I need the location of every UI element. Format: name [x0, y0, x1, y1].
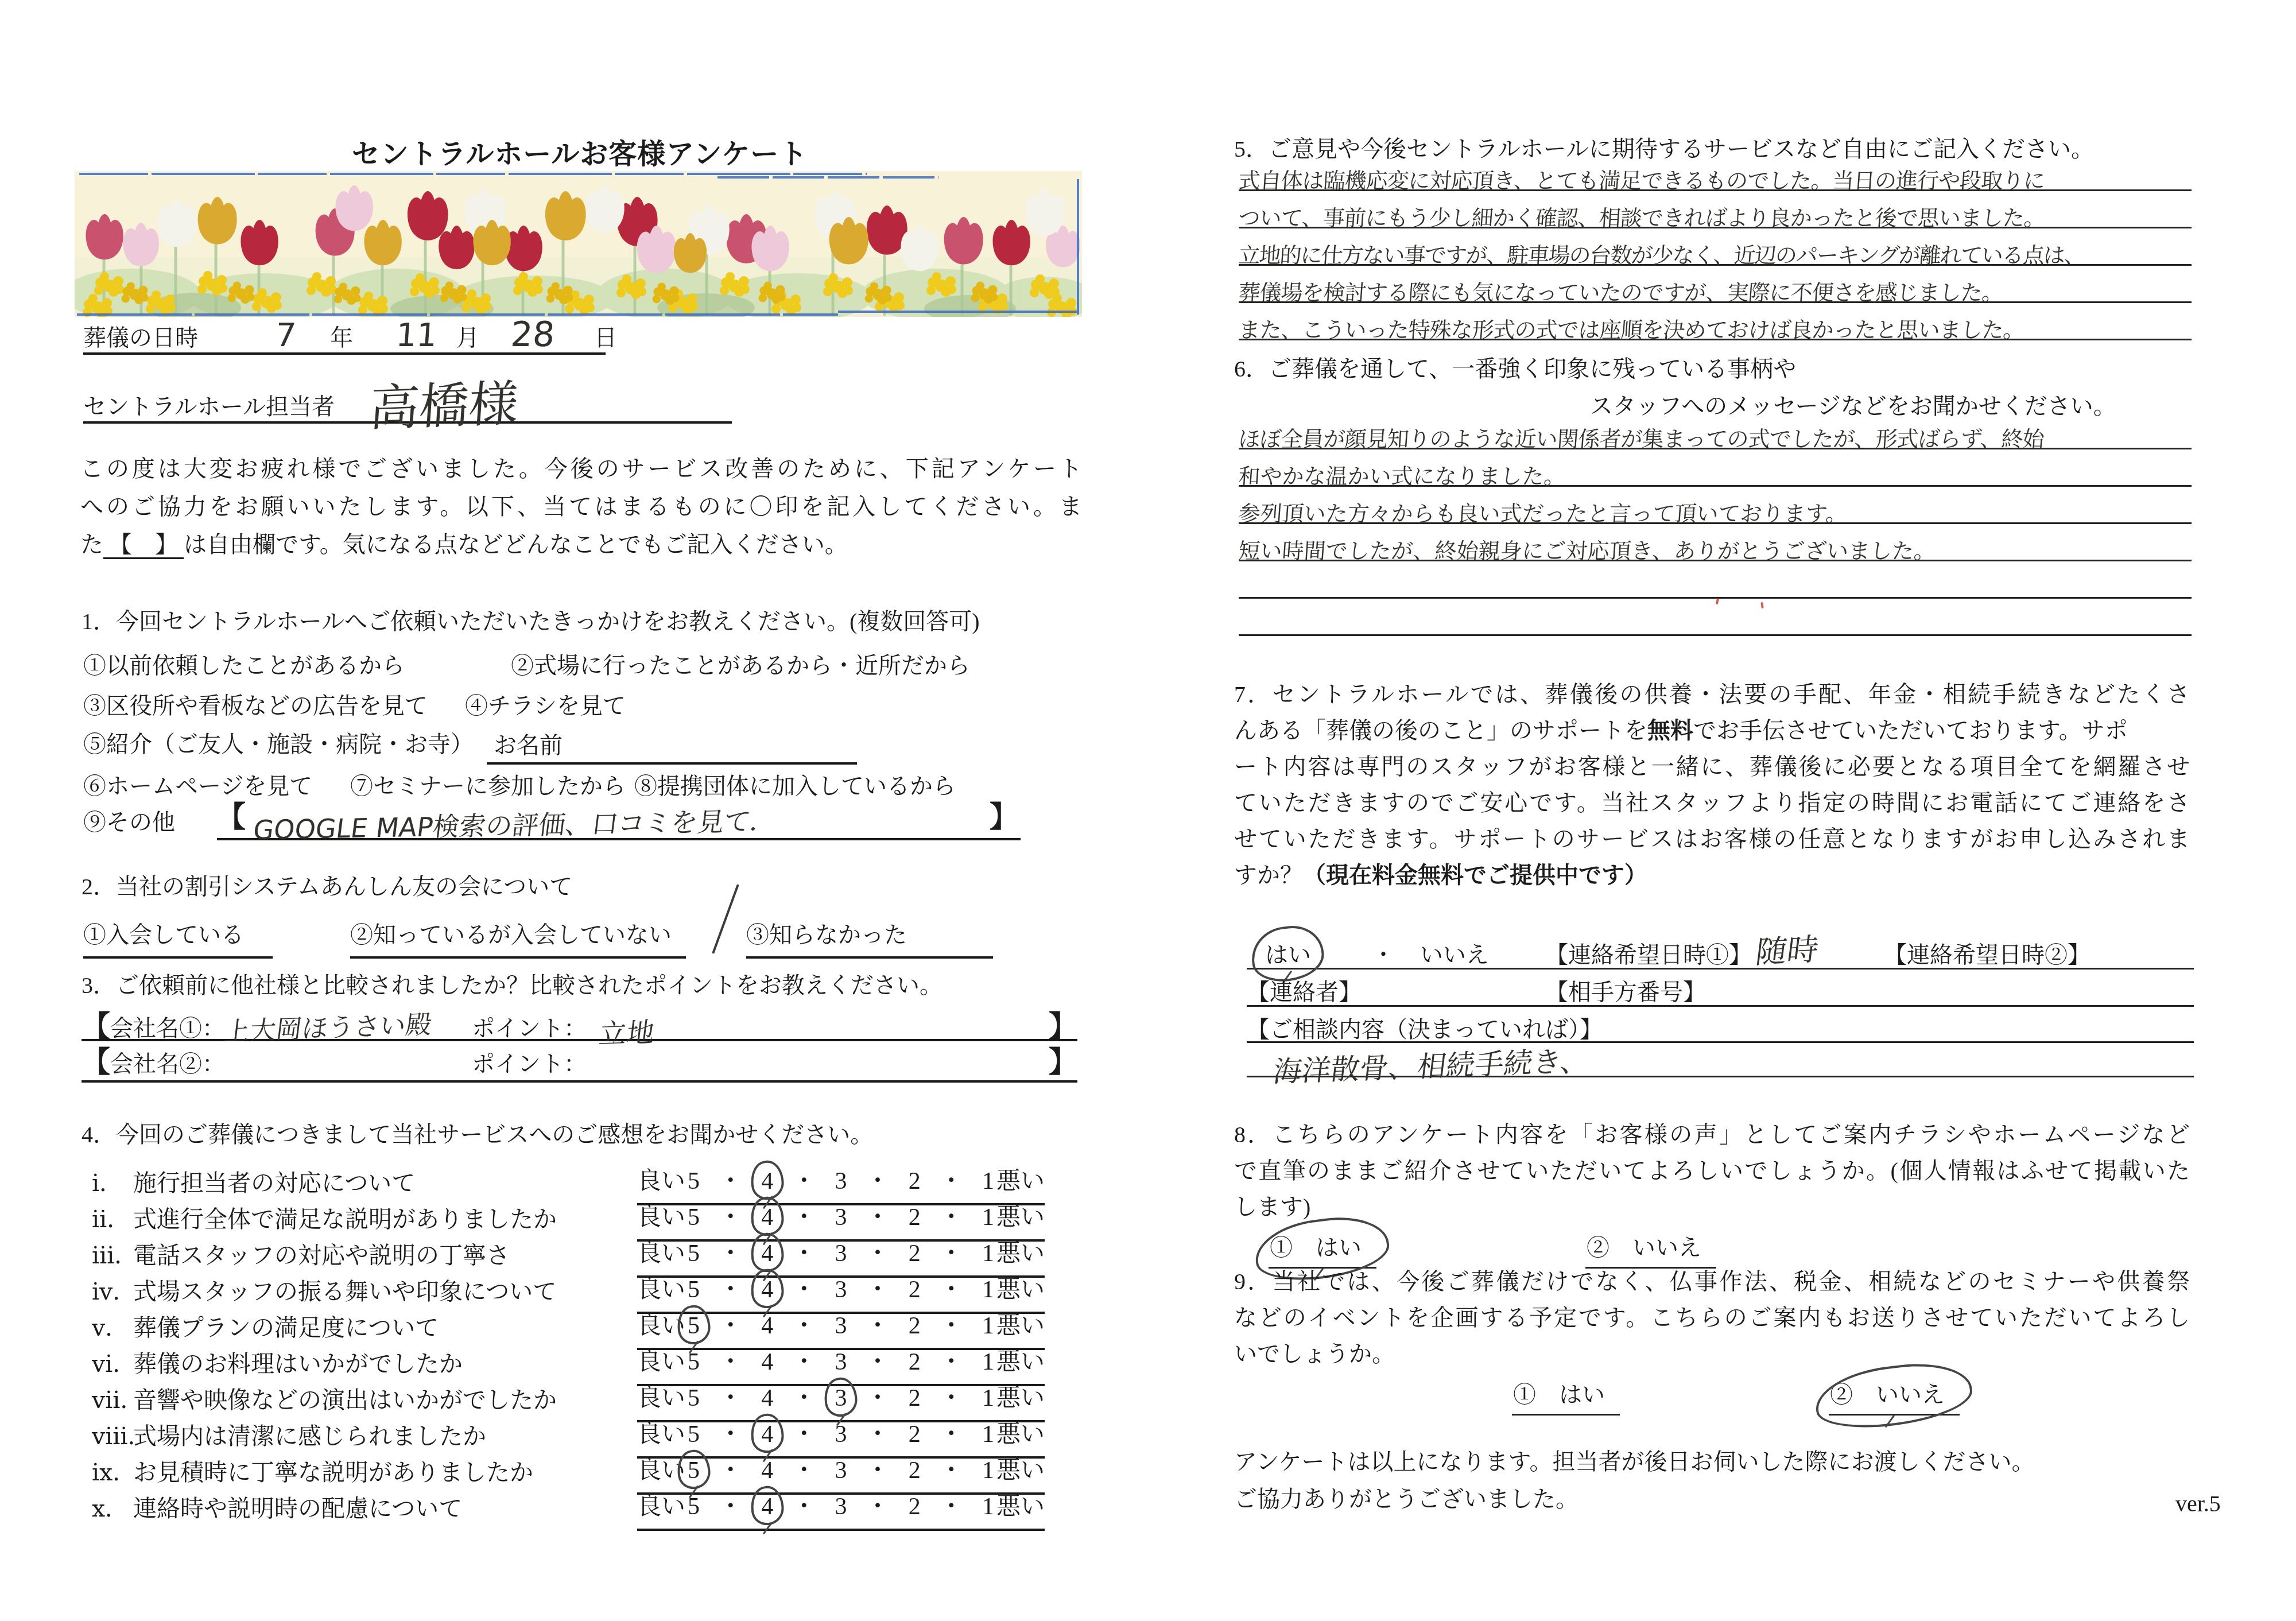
staff-name-value: 高橋様: [367, 364, 521, 440]
rating-4[interactable]: 4: [759, 1385, 775, 1412]
q5-answer-3: 立地的に仕方ない事ですが、駐車場の台数が少なく、近辺のパーキングが離れている点は…: [1238, 238, 2086, 269]
q4-row-7: ⅶ．音響や映像などの演出はいかがでしたか 良い5 ・ 4 ・ 3 ・ 2 ・ 1…: [92, 1381, 1068, 1416]
scale-good-label: 良い: [637, 1234, 685, 1269]
q4-item-number: ⅴ．: [92, 1309, 133, 1343]
q1-option-5[interactable]: ⑤紹介（ご友人・施設・病院・お寺）: [83, 730, 474, 759]
dot-separator: ・: [792, 1379, 816, 1413]
scale-good-label: 良い: [637, 1270, 685, 1305]
q9-line-1: 9．当社では、今後ご葬儀だけでなく、仏事作法、税金、相続などのセミナーや供養祭: [1234, 1267, 2190, 1296]
survey-page-right: 5．ご意見や今後セントラルホールに期待するサービスなど自由にご記入ください。 式…: [1234, 0, 2274, 1621]
rating-4[interactable]: 4: [759, 1493, 775, 1521]
rating-2[interactable]: 2: [906, 1385, 923, 1412]
dot-separator: ・: [719, 1270, 743, 1305]
dot-separator: ・: [792, 1487, 816, 1522]
rating-5[interactable]: 5: [685, 1240, 702, 1267]
bracket-open: 【: [82, 1012, 110, 1041]
q4-item-label: 音響や映像などの演出はいかがでしたか: [133, 1387, 557, 1413]
q4-row-8: ⅷ．式場内は清潔に感じられましたか 良い5 ・ 4 ・ 3 ・ 2 ・ 1悪い: [92, 1417, 1068, 1452]
q1-heading: 1．今回セントラルホールへご依頼いただいたきっかけをお教えください。(複数回答可…: [82, 607, 980, 636]
page-title: セントラルホールお客様アンケート: [75, 132, 1085, 172]
q9-line-2: などのイベントを企画する予定です。こちらのご案内もお送りさせていただいてよろし: [1234, 1304, 2190, 1332]
q7-contact-datetime1-label: 【連絡希望日時①】: [1545, 937, 1752, 970]
q5-answer-1: 式自体は臨機応変に対応頂き、とても満足できるものでした。当日の進行や段取りに: [1238, 163, 2046, 195]
rating-5[interactable]: 5: [685, 1204, 702, 1231]
rating-1[interactable]: 1: [980, 1204, 996, 1231]
dot-separator: ・: [719, 1234, 743, 1269]
q7-contact-row[interactable]: 【連絡者】 【相手方番号】: [1247, 972, 2194, 1007]
scale-good-label: 良い: [637, 1198, 685, 1232]
scale-bad-label: 悪い: [996, 1487, 1045, 1522]
bracket-close: 】: [1049, 1048, 1077, 1076]
funeral-date-label: 葬儀の日時: [83, 324, 198, 352]
q7-contact-datetime1-value: 随時: [1754, 925, 1821, 972]
dot-separator: ・: [939, 1379, 963, 1413]
q4-item-number: ⅲ．: [92, 1236, 133, 1270]
q4-item-label: 連絡時や説明時の配慮について: [133, 1495, 462, 1522]
staff-name-row[interactable]: セントラルホール担当者 高橋様: [83, 390, 732, 424]
rating-2[interactable]: 2: [906, 1276, 923, 1304]
q4-rating-scale-10: 良い5 ・ 4 ・ 3 ・ 2 ・ 1悪い: [637, 1487, 1045, 1531]
dot-separator: ・: [939, 1487, 963, 1522]
dot-separator: ・: [866, 1451, 890, 1486]
rating-3[interactable]: 3: [832, 1204, 849, 1231]
rating-1[interactable]: 1: [980, 1348, 996, 1376]
q5-answer-4: 葬儀場を検討する際にも気になっていたのですが、実際に不便さを感じました。: [1238, 275, 2004, 307]
dot-separator: ・: [866, 1379, 890, 1413]
q8-option-no[interactable]: ② いいえ: [1585, 1230, 1716, 1269]
dot-separator: ・: [719, 1343, 743, 1377]
bracket-close: 】: [1049, 1012, 1077, 1041]
q1-option-7[interactable]: ⑦セミナーに参加したから: [350, 772, 626, 801]
q7-consult-input[interactable]: 海洋散骨、相続手続き、: [1247, 1044, 2194, 1077]
rating-5[interactable]: 5: [685, 1348, 702, 1376]
q4-item-label: 式場スタッフの振る舞いや印象について: [133, 1278, 556, 1305]
survey-page-left: セントラルホールお客様アンケート: [75, 0, 1085, 1621]
dot-separator: ・: [719, 1198, 743, 1232]
rating-5[interactable]: 5: [685, 1385, 702, 1412]
dot-separator: ・: [939, 1306, 963, 1341]
q4-item-label: 葬儀のお料理はいかがでしたか: [133, 1351, 463, 1377]
q7-contact-datetime2-label: 【連絡希望日時②】: [1884, 937, 2091, 970]
q2-option-3[interactable]: ③知らなかった: [746, 917, 993, 959]
q1-option-8[interactable]: ⑧提携団体に加入しているから: [634, 772, 956, 801]
dot-separator: ・: [939, 1234, 963, 1269]
dot-separator: ・: [792, 1270, 816, 1305]
staff-label: セントラルホール担当者: [83, 393, 335, 421]
rating-3[interactable]: 3: [832, 1457, 849, 1484]
rating-2[interactable]: 2: [906, 1312, 923, 1340]
rating-5[interactable]: 5: [685, 1421, 702, 1448]
dot-separator: ・: [792, 1306, 816, 1341]
scale-good-label: 良い: [637, 1343, 685, 1377]
bracket-open: 【: [82, 1048, 110, 1076]
scanned-survey-document: { "page_left": { "title": "セントラルホールお客様アン…: [0, 0, 2296, 1621]
q4-item-number: ⅰ．: [92, 1164, 133, 1198]
q2-heading: 2．当社の割引システムあんしん友の会について: [82, 872, 572, 901]
rating-3[interactable]: 3: [832, 1312, 849, 1340]
bracket-close: 】: [990, 802, 1018, 831]
q7-consult-label-row: 【ご相談内容（決まっていれば）】: [1247, 1009, 2194, 1043]
version-label: ver.5: [2175, 1490, 2221, 1518]
q1-option-1[interactable]: ①以前依頼したことがあるから: [83, 651, 405, 680]
q6-empty-line-2[interactable]: [1239, 601, 2192, 636]
rating-4[interactable]: 4: [759, 1204, 775, 1231]
rating-5[interactable]: 5: [685, 1493, 702, 1521]
scale-bad-label: 悪い: [996, 1379, 1045, 1413]
intro-line-3c: は自由欄です。気になる点などどんなことでもご記入ください。: [184, 532, 848, 557]
q1-option-3[interactable]: ③区役所や看板などの広告を見て: [83, 692, 428, 720]
rating-3[interactable]: 3: [832, 1421, 849, 1448]
scale-good-label: 良い: [637, 1162, 685, 1196]
rating-4[interactable]: 4: [759, 1421, 775, 1448]
q3-point1-label: ポイント：: [472, 1010, 587, 1043]
q1-option-9[interactable]: ⑨その他: [83, 808, 175, 837]
dot-separator: ・: [719, 1487, 743, 1522]
q4-item-label: 式進行全体で満足な説明がありましたか: [133, 1206, 557, 1232]
dot-separator: ・: [939, 1162, 963, 1196]
q4-item-label: 施行担当者の対応について: [133, 1170, 415, 1196]
q4-item-label: 式場内は清潔に感じられましたか: [133, 1423, 486, 1449]
q6-empty-line-1[interactable]: [1239, 564, 2192, 599]
rating-1[interactable]: 1: [980, 1493, 996, 1521]
q3-heading: 3．ご依頼前に他社様と比較されましたか？比較されたポイントをお教えください。: [82, 971, 943, 1000]
rating-4[interactable]: 4: [759, 1168, 775, 1195]
dot-separator: ・: [866, 1343, 890, 1377]
scale-good-label: 良い: [637, 1306, 685, 1341]
rating-3[interactable]: 3: [832, 1385, 849, 1412]
dot-separator: ・: [866, 1162, 890, 1196]
q3-point1-value: 立地: [583, 996, 1052, 1052]
dot-separator: ・: [939, 1270, 963, 1305]
q7-line-6a: すか？: [1234, 862, 1303, 888]
dot-separator: ・: [1372, 937, 1395, 970]
q7-line-6: すか？（現在料金無料でご提供中です）: [1234, 861, 1647, 890]
q4-item-label: 葬儀プランの満足度について: [133, 1314, 439, 1341]
q1-referrer-name-input[interactable]: お名前: [487, 730, 857, 765]
scale-bad-label: 悪い: [996, 1234, 1045, 1269]
rating-3[interactable]: 3: [832, 1493, 849, 1521]
q1-name-label: お名前: [494, 731, 563, 760]
dot-separator: ・: [866, 1270, 890, 1305]
q4-item-label: お見積時に丁寧な説明がありましたか: [133, 1459, 533, 1486]
bracket-open: 【: [217, 802, 246, 831]
q1-option-4[interactable]: ④チラシを見て: [465, 692, 626, 720]
rating-3[interactable]: 3: [832, 1348, 849, 1376]
q4-row-5: ⅴ．葬儀プランの満足度について 良い5 ・ 4 ・ 3 ・ 2 ・ 1悪い: [92, 1309, 1068, 1343]
q4-row-1: ⅰ．施行担当者の対応について 良い5 ・ 4 ・ 3 ・ 2 ・ 1悪い: [92, 1164, 1068, 1199]
intro-line-2: へのご協力をお願いいたします。以下、当てはまるものに〇印を記入してください。ま: [80, 492, 1082, 521]
q7-free-emphasis: 無料: [1647, 718, 1693, 743]
funeral-date-month-value: 11: [395, 317, 439, 354]
dot-separator: ・: [792, 1415, 816, 1449]
q4-item-number: ⅸ．: [92, 1453, 133, 1487]
q4-row-10: ⅹ．連絡時や説明時の配慮について 良い5 ・ 4 ・ 3 ・ 2 ・ 1悪い: [92, 1490, 1068, 1524]
q3-company2-label: 会社名②：: [110, 1046, 225, 1079]
q4-item-number: ⅶ．: [92, 1381, 133, 1415]
dot-separator: ・: [939, 1343, 963, 1377]
year-unit: 年: [330, 324, 353, 352]
q6-answer-line-2[interactable]: 和やかな温かい式になりました。: [1239, 452, 2192, 487]
rating-1[interactable]: 1: [980, 1312, 996, 1340]
q3-company-row-2[interactable]: 【 会社名②： ポイント： 】: [82, 1046, 1077, 1083]
rating-4[interactable]: 4: [759, 1457, 775, 1484]
q5-answer-line-2[interactable]: ついて、事前にもう少し細かく確認、相談できればより良かったと後で思いました。: [1239, 193, 2192, 228]
scale-bad-label: 悪い: [996, 1343, 1045, 1377]
rating-3[interactable]: 3: [832, 1168, 849, 1195]
closing-line-1: アンケートは以上になります。担当者が後日お伺いした際にお渡しください。: [1234, 1448, 2034, 1476]
dot-separator: ・: [719, 1451, 743, 1486]
rating-2[interactable]: 2: [906, 1421, 923, 1448]
dot-separator: ・: [719, 1415, 743, 1449]
rating-1[interactable]: 1: [980, 1240, 996, 1267]
q7-line-2c: でお手伝させていただいております。サポ: [1693, 718, 2128, 743]
q8-line-1: 8．こちらのアンケート内容を「お客様の声」としてご案内チラシやホームページなど: [1234, 1120, 2190, 1149]
dot-separator: ・: [719, 1379, 743, 1413]
q7-answer-row: はい ・ いいえ 【連絡希望日時①】 随時 【連絡希望日時②】: [1247, 934, 2194, 970]
scale-bad-label: 悪い: [996, 1451, 1045, 1486]
dot-separator: ・: [939, 1198, 963, 1232]
scale-good-label: 良い: [637, 1451, 685, 1486]
scale-bad-label: 悪い: [996, 1270, 1045, 1305]
q1-other-input[interactable]: 【 GOOGLE MAP検索の評価、口コミを見て． 】: [217, 802, 1021, 840]
q6-answer-line-1[interactable]: ほぼ全員が顔見知りのような近い関係者が集まっての式でしたが、形式ばらず、終始: [1239, 414, 2192, 449]
q6-heading-line-1: 6．ご葬儀を通して、一番強く印象に残っている事柄や: [1234, 355, 1796, 383]
q4-item-number: ⅵ．: [92, 1345, 133, 1379]
q4-row-6: ⅵ．葬儀のお料理はいかがでしたか 良い5 ・ 4 ・ 3 ・ 2 ・ 1悪い: [92, 1345, 1068, 1379]
closing-line-2: ご協力ありがとうございました。: [1234, 1485, 1578, 1514]
q8-line-2: で直筆のままご紹介させていただいてよろしいでしょうか。(個人情報はふせて掲載いた: [1234, 1157, 2190, 1185]
q5-answer-5: また、こういった特殊な形式の式では座順を決めておけば良かったと思いました。: [1238, 312, 2026, 344]
q7-contact-person-label: 【連絡者】: [1247, 974, 1362, 1007]
intro-line-1: この度は大変お疲れ様でございました。今後のサービス改善のために、下記アンケート: [80, 455, 1082, 483]
rating-2[interactable]: 2: [906, 1348, 923, 1376]
rating-3[interactable]: 3: [832, 1240, 849, 1267]
q1-other-value: GOOGLE MAP検索の評価、口コミを見て．: [251, 800, 779, 847]
q4-item-number: ⅹ．: [92, 1490, 133, 1523]
q4-row-2: ⅱ．式進行全体で満足な説明がありましたか 良い5 ・ 4 ・ 3 ・ 2 ・ 1…: [92, 1200, 1068, 1235]
q6-answer-4: 短い時間でしたが、終始親身にご対応頂き、ありがとうございました。: [1238, 533, 1937, 565]
rating-1[interactable]: 1: [980, 1457, 996, 1484]
q3-point2-label: ポイント：: [472, 1046, 587, 1079]
rating-4[interactable]: 4: [759, 1276, 775, 1304]
rating-2[interactable]: 2: [906, 1168, 923, 1195]
scale-bad-label: 悪い: [996, 1306, 1045, 1341]
q2-option-2[interactable]: ②知っているが入会していない: [350, 917, 686, 959]
rating-5[interactable]: 5: [685, 1276, 702, 1304]
q6-answer-line-4[interactable]: 短い時間でしたが、終始親身にご対応頂き、ありがとうございました。: [1239, 526, 2192, 561]
rating-1[interactable]: 1: [980, 1421, 996, 1448]
dot-separator: ・: [866, 1306, 890, 1341]
dot-separator: ・: [792, 1162, 816, 1196]
month-unit: 月: [456, 324, 479, 352]
q4-item-number: ⅱ．: [92, 1200, 133, 1234]
dot-separator: ・: [792, 1234, 816, 1269]
q5-answer-line-5[interactable]: また、こういった特殊な形式の式では座順を決めておけば良かったと思いました。: [1239, 305, 2192, 340]
q6-answer-line-3[interactable]: 参列頂いた方々からも良い式だったと言って頂いております。: [1239, 489, 2192, 524]
q8-option-yes[interactable]: ① はい: [1269, 1230, 1376, 1269]
dot-separator: ・: [792, 1198, 816, 1232]
q4-row-3: ⅲ．電話スタッフの対応や説明の丁寧さ 良い5 ・ 4 ・ 3 ・ 2 ・ 1悪い: [92, 1236, 1068, 1271]
dot-separator: ・: [866, 1415, 890, 1449]
q9-line-3: いでしょうか。: [1234, 1340, 1395, 1368]
q7-line-2: んある「葬儀の後のこと」のサポートを無料でお手伝させていただいております。サポ: [1234, 716, 2190, 745]
q7-no-option[interactable]: いいえ: [1420, 937, 1489, 970]
q3-company-row-1[interactable]: 【 会社名①： 上大岡ほうさい殿 ポイント： 立地 】: [82, 1005, 1077, 1041]
rating-1[interactable]: 1: [980, 1276, 996, 1304]
q7-line-5: せていただきます。サポートのサービスはお客様の任意となりますがお申し込みされま: [1234, 825, 2190, 854]
flower-banner-image: [75, 171, 1082, 317]
q3-company1-value: 上大岡ほうさい殿: [222, 1002, 475, 1048]
rating-5[interactable]: 5: [685, 1312, 702, 1340]
q1-option-6[interactable]: ⑥ホームページを見て: [83, 772, 312, 801]
dot-separator: ・: [866, 1234, 890, 1269]
day-unit: 日: [594, 324, 617, 352]
scale-bad-label: 悪い: [996, 1415, 1045, 1449]
funeral-date-day-value: 28: [510, 315, 556, 355]
rating-4[interactable]: 4: [759, 1240, 775, 1267]
q3-company1-label: 会社名①：: [110, 1010, 225, 1043]
rating-4[interactable]: 4: [759, 1348, 775, 1376]
scale-good-label: 良い: [637, 1415, 685, 1449]
dot-separator: ・: [866, 1198, 890, 1232]
free-entry-brackets: 【 】: [103, 532, 184, 559]
q6-answer-2: 和やかな温かい式になりました。: [1238, 459, 1567, 490]
dot-separator: ・: [792, 1451, 816, 1486]
q7-phone-label: 【相手方番号】: [1545, 974, 1706, 1007]
q8-line-3: します): [1234, 1193, 1310, 1221]
q7-yes-option[interactable]: はい: [1265, 937, 1311, 970]
funeral-date-year-value: 7: [274, 317, 297, 354]
rating-2[interactable]: 2: [906, 1457, 923, 1484]
q6-answer-1: ほぼ全員が顔見知りのような近い関係者が集まっての式でしたが、形式ばらず、終始: [1238, 421, 2045, 453]
dot-separator: ・: [719, 1162, 743, 1196]
dot-separator: ・: [939, 1451, 963, 1486]
q7-line-1: 7．セントラルホールでは、葬儀後の供養・法要の手配、年金・相続手続きなどたくさ: [1234, 680, 2190, 709]
q9-option-yes[interactable]: ① はい: [1512, 1376, 1620, 1416]
q7-line-4: ていただきますのでご安心です。当社スタッフより指定の時間にお電話にてご連絡をさ: [1234, 789, 2190, 817]
intro-line-3a: た: [80, 532, 103, 557]
q1-option-2[interactable]: ②式場に行ったことがあるから・近所だから: [511, 651, 970, 680]
scale-good-label: 良い: [637, 1487, 685, 1522]
dot-separator: ・: [866, 1487, 890, 1522]
rating-1[interactable]: 1: [980, 1385, 996, 1412]
dot-separator: ・: [792, 1343, 816, 1377]
rating-5[interactable]: 5: [685, 1168, 702, 1195]
dot-separator: ・: [939, 1415, 963, 1449]
q5-answer-2: ついて、事前にもう少し細かく確認、相談できればより良かったと後で思いました。: [1238, 200, 2046, 232]
funeral-date-row[interactable]: 葬儀の日時 7 年 11 月 28 日: [83, 320, 606, 355]
scale-bad-label: 悪い: [996, 1198, 1045, 1232]
q9-option-no[interactable]: ② いいえ: [1829, 1376, 1960, 1416]
q5-answer-line-3[interactable]: 立地的に仕方ない事ですが、駐車場の台数が少なく、近辺のパーキングが離れている点は…: [1239, 231, 2192, 266]
q4-row-9: ⅸ．お見積時に丁寧な説明がありましたか 良い5 ・ 4 ・ 3 ・ 2 ・ 1悪…: [92, 1453, 1068, 1488]
scale-good-label: 良い: [637, 1379, 685, 1413]
q7-free-now-note: （現在料金無料でご提供中です）: [1303, 862, 1647, 888]
intro-line-3: た【 】は自由欄です。気になる点などどんなことでもご記入ください。: [80, 530, 848, 559]
q6-answer-3: 参列頂いた方々からも良い式だったと言って頂いております。: [1238, 496, 1849, 528]
rating-3[interactable]: 3: [832, 1276, 849, 1304]
dot-separator: ・: [719, 1306, 743, 1341]
q4-item-label: 電話スタッフの対応や説明の丁寧さ: [133, 1242, 510, 1269]
rating-5[interactable]: 5: [685, 1457, 702, 1484]
q4-row-4: ⅳ．式場スタッフの振る舞いや印象について 良い5 ・ 4 ・ 3 ・ 2 ・ 1…: [92, 1273, 1068, 1307]
q4-heading: 4．今回のご葬儀につきまして当社サービスへのご感想をお聞かせください。: [82, 1120, 873, 1149]
rating-1[interactable]: 1: [980, 1168, 996, 1195]
q7-line-3: ート内容は専門のスタッフがお客様と一緒に、葬儀後に必要となる項目全てを網羅させ: [1234, 753, 2190, 781]
q7-consult-value: 海洋散骨、相続手続き、: [1271, 1038, 1592, 1090]
q4-item-number: ⅷ．: [92, 1417, 133, 1451]
rating-2[interactable]: 2: [906, 1204, 923, 1231]
q5-answer-line-4[interactable]: 葬儀場を検討する際にも気になっていたのですが、実際に不便さを感じました。: [1239, 268, 2192, 303]
q7-line-2a: んある「葬儀の後のこと」のサポートを: [1234, 718, 1647, 743]
q2-option-1[interactable]: ①入会している: [83, 917, 273, 959]
rating-2[interactable]: 2: [906, 1493, 923, 1521]
scale-bad-label: 悪い: [996, 1162, 1045, 1196]
q5-answer-line-1[interactable]: 式自体は臨機応変に対応頂き、とても満足できるものでした。当日の進行や段取りに: [1239, 156, 2192, 191]
rating-2[interactable]: 2: [906, 1240, 923, 1267]
rating-4[interactable]: 4: [759, 1312, 775, 1340]
q4-item-number: ⅳ．: [92, 1273, 133, 1306]
